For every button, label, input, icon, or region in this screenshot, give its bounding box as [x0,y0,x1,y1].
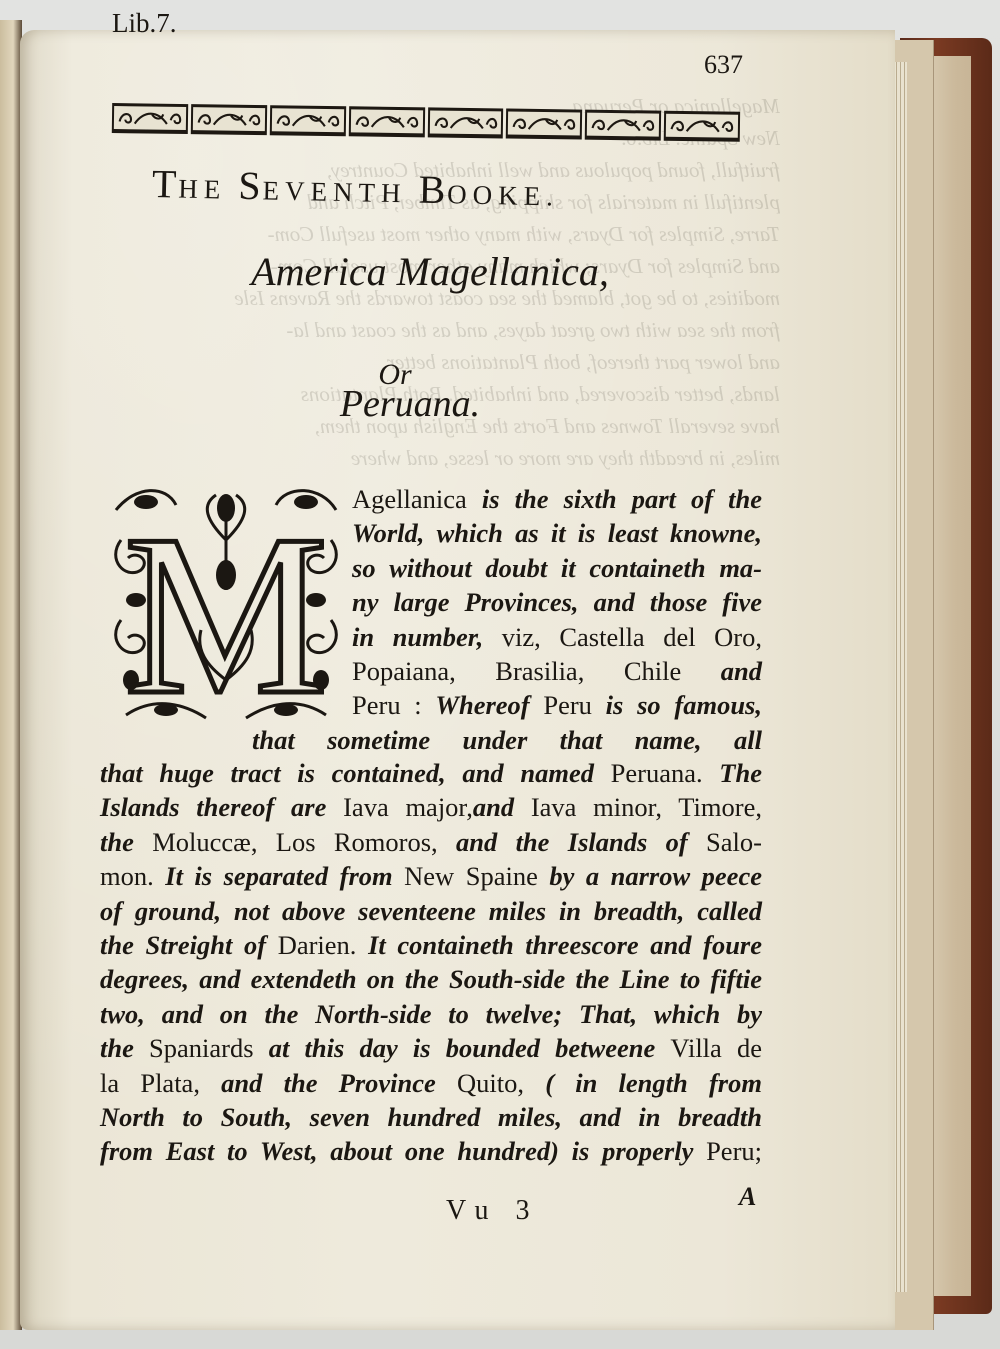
italic-run: degrees, and extendeth on the South-side… [100,964,762,994]
roman-run: Iava major, [343,792,473,822]
text-line: that sometime under that name, all [252,723,762,757]
italic-run: so without doubt it containeth ma- [352,553,762,583]
italic-run: ny large Provinces, and those five [352,587,762,617]
italic-run: Whereof [435,690,543,720]
book-title: THE SEVENTH BOOKE. [152,160,560,216]
text-line: mon. It is separated from New Spaine by … [100,859,762,893]
italic-run: the [100,1033,149,1063]
italic-run: and the Province [221,1068,457,1098]
headband-ornament-icon [191,104,267,135]
roman-run: Agellanica [352,484,482,514]
text-line: Islands thereof are Iava major,and Iava … [100,790,762,824]
text-line: two, and on the North-side to twelve; Th… [100,997,762,1031]
title-initial: T [152,161,179,207]
italic-run: at this day is bounded betweene [269,1033,671,1063]
text-line: the Moluccæ, Los Romoros, and the Island… [100,825,762,859]
text-line: so without doubt it containeth ma- [352,551,762,585]
italic-run: It containeth threescore and foure [368,930,762,960]
roman-run: Peru : [352,690,435,720]
text-line: the Spaniards at this day is bounded bet… [100,1031,762,1065]
italic-run: that huge tract is contained, and named [100,758,611,788]
text-line: Popaiana, Brasilia, Chile and [352,654,762,688]
show-through-line: from the sea with two great dayes, and a… [160,314,780,346]
italic-run: It is separated from [165,861,404,891]
headband-ornament-icon [270,105,346,136]
catchword: A [739,1182,756,1212]
italic-run: and the Islands of [456,827,706,857]
roman-run: New Spaine [404,861,549,891]
body-text-full-width: that huge tract is contained, and named … [100,756,762,1169]
roman-run: Peru; [706,1136,762,1166]
italic-run: The [719,758,762,788]
drop-cap-vine-icon: M [106,480,346,725]
headband-ornament-icon [506,109,582,140]
italic-run: in number, [352,622,502,652]
text-line: from East to West, about one hundred) is… [100,1134,762,1168]
text-line: North to South, seven hundred miles, and… [100,1100,762,1134]
text-line: in number, viz, Castella del Oro, [352,620,762,654]
roman-run: Spaniards [149,1033,269,1063]
text-line: that huge tract is contained, and named … [100,756,762,790]
headband-ornament-icon [427,107,503,138]
title-smallcaps: EVENTH [262,175,407,208]
running-head: Lib.7. [112,8,177,39]
signature-mark: Vu 3 [446,1195,540,1227]
roman-run: Quito, [457,1068,545,1098]
italic-run: and [721,656,762,686]
facing-page-edge [0,20,22,1330]
headband-ornament-icon [585,110,661,141]
roman-run: Peru [543,690,605,720]
title-smallcaps: OOKE. [447,179,559,211]
italic-run: that sometime under that name, all [252,725,762,755]
italic-run: of ground, not above seventeene miles in… [100,896,762,926]
italic-run: the [100,827,152,857]
roman-run: viz, Castella del Oro, [502,622,762,652]
italic-run: the Streight of [100,930,278,960]
show-through-line: Tarre, Simples for Dyars, with many othe… [160,218,780,250]
roman-run: mon. [100,861,165,891]
title-initial: S [238,163,263,208]
italic-run: from East to West, about one hundred) is… [100,1136,706,1166]
italic-run: North to South, seven hundred miles, and… [100,1102,762,1132]
svg-text:M: M [124,487,329,725]
italic-run: by a narrow peece [549,861,762,891]
text-line: la Plata, and the Province Quito, ( in l… [100,1066,762,1100]
italic-run: ( in length from [545,1068,762,1098]
subtitle-line-1: America Magellanica, [0,248,880,295]
pastedown-leaf [930,56,971,1296]
ornamental-drop-cap: M [106,480,346,725]
title-initial: B [418,167,448,213]
text-line: ny large Provinces, and those five [352,585,762,619]
text-line: the Streight of Darien. It containeth th… [100,928,762,962]
headband-ornament-icon [112,103,188,134]
italic-run: is the sixth part of the [482,484,762,514]
text-line: of ground, not above seventeene miles in… [100,894,762,928]
italic-run: two, and on the North-side to twelve; Th… [100,999,762,1029]
headband-ornament-icon [348,106,424,137]
roman-run: Darien. [278,930,368,960]
text-line: Agellanica is the sixth part of the [352,482,762,516]
page-number: 637 [704,50,743,80]
body-text-beside-initial: Agellanica is the sixth part of theWorld… [352,482,762,757]
roman-run: Iava minor, Timore, [531,792,762,822]
subtitle-line-3: Peruana. [0,382,860,426]
italic-run: is so famous, [606,690,762,720]
roman-run: Salo- [706,827,762,857]
title-smallcaps: HE [178,174,227,205]
headband-ornament-icon [664,111,740,142]
show-through-line: miles, in breadth they are more or lesse… [160,442,780,470]
text-line: Peru : Whereof Peru is so famous, [352,688,762,722]
roman-run: Peruana. [611,758,720,788]
italic-run: Islands thereof are [100,792,343,822]
italic-run: World, which as it is least knowne, [352,518,762,548]
roman-run: Moluccæ, Los Romoros, [152,827,456,857]
text-line: degrees, and extendeth on the South-side… [100,962,762,996]
roman-run: Popaiana, Brasilia, Chile [352,656,721,686]
italic-run: and [473,792,531,822]
roman-run: Villa de [670,1033,762,1063]
roman-run: la Plata, [100,1068,221,1098]
text-line: World, which as it is least knowne, [352,516,762,550]
